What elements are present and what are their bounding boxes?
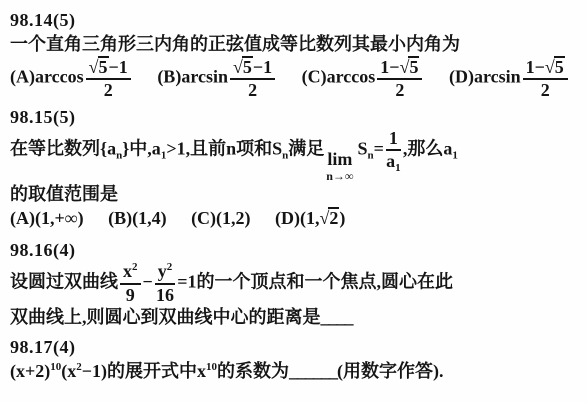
q14-options-row: (A)arccos√5−12 (B)arcsin√5−12 (C)arccos1… bbox=[10, 56, 583, 101]
radicand: 2 bbox=[328, 207, 339, 228]
q15-stem-row: 在等比数列{an}中,a1>1,且前n项和Sn满足limn→∞Sn=1a1,那么… bbox=[10, 129, 583, 183]
text-segment: S bbox=[357, 138, 367, 158]
text-segment: 的系数为 bbox=[217, 361, 289, 381]
q14-option-b: (B)arcsin√5−12 bbox=[157, 56, 277, 101]
fraction-numerator: 1−√5 bbox=[523, 56, 568, 80]
fraction-denominator: 2 bbox=[248, 80, 257, 100]
limit-condition: n→∞ bbox=[326, 170, 353, 182]
q17-stem-row: (x+2)10(x2−1)的展开式中x10的系数为______(用数字作答). bbox=[10, 359, 583, 383]
q17-number-row: 98.17(4) bbox=[10, 335, 583, 359]
radical-icon: √ bbox=[233, 57, 242, 77]
sqrt: √5 bbox=[400, 57, 420, 77]
fraction-numerator: 1 bbox=[386, 129, 401, 151]
question-number: 98.16(4) bbox=[10, 240, 76, 260]
radicand: 5 bbox=[554, 56, 565, 77]
q15-option-b: (B)(1,4) bbox=[108, 206, 166, 230]
q15-options-row: (A)(1,+∞) (B)(1,4) (C)(1,2) (D)(1,√2) bbox=[10, 206, 583, 230]
denominator-base: a bbox=[386, 151, 395, 171]
question-number: 98.14(5) bbox=[10, 10, 76, 30]
option-label: (B) bbox=[157, 67, 181, 87]
q14-option-a: (A)arccos√5−12 bbox=[10, 56, 133, 101]
fraction: √5−12 bbox=[230, 56, 275, 101]
option-label: (C) bbox=[302, 67, 327, 87]
limit-operator: limn→∞ bbox=[326, 150, 353, 182]
radical-icon: √ bbox=[545, 57, 554, 77]
question-number: 98.17(4) bbox=[10, 337, 76, 357]
numerator-base: x bbox=[123, 261, 132, 281]
option-label: (D) bbox=[449, 67, 474, 87]
question-stem: 一个直角三角形三内角的正弦值成等比数列其最小内角为 bbox=[10, 34, 460, 54]
text-segment: 满足 bbox=[288, 138, 324, 158]
q15-option-a: (A)(1,+∞) bbox=[10, 206, 84, 230]
numerator-text: −1 bbox=[253, 57, 272, 77]
text-segment: ,那么a bbox=[403, 138, 453, 158]
option-text: (C)(1,2) bbox=[191, 208, 250, 228]
fraction: 1−√52 bbox=[523, 56, 568, 101]
text-segment: }中,a bbox=[122, 138, 161, 158]
fraction-numerator: √5−1 bbox=[230, 56, 275, 80]
radicand: 5 bbox=[98, 56, 109, 77]
radical-icon: √ bbox=[89, 57, 98, 77]
radicand: 5 bbox=[408, 56, 419, 77]
text-segment: (x bbox=[61, 361, 76, 381]
option-text: (D)(1, bbox=[275, 208, 319, 228]
text-segment: (用数字作答). bbox=[337, 361, 444, 381]
answer-blank: ______ bbox=[289, 361, 337, 381]
answer-blank: ____ bbox=[321, 307, 353, 327]
numerator-text: 1− bbox=[380, 57, 399, 77]
q16-number-row: 98.16(4) bbox=[10, 238, 583, 262]
superscript: 2 bbox=[167, 261, 173, 273]
radicand: 5 bbox=[242, 56, 253, 77]
superscript: 10 bbox=[206, 361, 217, 373]
fraction-numerator: √5−1 bbox=[86, 56, 131, 80]
sqrt: √2 bbox=[320, 208, 340, 228]
numerator-text: −1 bbox=[109, 57, 128, 77]
question-number: 98.15(5) bbox=[10, 107, 76, 127]
q16-stem-row: 设圆过双曲线x29−y216=1的一个顶点和一个焦点,圆心在此 bbox=[10, 262, 583, 305]
fraction-denominator: a1 bbox=[386, 151, 401, 171]
sqrt: √5 bbox=[89, 57, 109, 77]
sqrt: √5 bbox=[233, 57, 253, 77]
fraction: √5−12 bbox=[86, 56, 131, 101]
radical-icon: √ bbox=[320, 208, 329, 228]
radical-icon: √ bbox=[400, 57, 409, 77]
q14-number-row: 98.14(5) bbox=[10, 8, 583, 32]
text-segment: >1,且前n项和S bbox=[166, 138, 282, 158]
option-function: arcsin bbox=[474, 67, 521, 87]
option-text: (A)(1,+∞) bbox=[10, 208, 84, 228]
text-segment: 在等比数列{a bbox=[10, 138, 116, 158]
q14-stem-row: 一个直角三角形三内角的正弦值成等比数列其最小内角为 bbox=[10, 32, 583, 56]
sqrt: √5 bbox=[545, 57, 565, 77]
q15-option-d: (D)(1,√2) bbox=[275, 206, 345, 230]
superscript: 2 bbox=[132, 261, 138, 273]
exam-document-page: 98.14(5) 一个直角三角形三内角的正弦值成等比数列其最小内角为 (A)ar… bbox=[0, 0, 587, 403]
minus-operator: − bbox=[143, 272, 153, 292]
option-label: (A) bbox=[10, 67, 35, 87]
q15-number-row: 98.15(5) bbox=[10, 105, 583, 129]
text-segment: 双曲线上,则圆心到双曲线中心的距离是 bbox=[10, 307, 321, 327]
fraction-denominator: 2 bbox=[104, 80, 113, 100]
fraction-denominator: 16 bbox=[156, 285, 174, 305]
fraction-denominator: 2 bbox=[395, 80, 404, 100]
text-segment: 设圆过双曲线 bbox=[10, 272, 118, 292]
subscript: 1 bbox=[395, 162, 401, 174]
question-stem: 的取值范围是 bbox=[10, 184, 118, 204]
numerator-base: y bbox=[158, 261, 167, 281]
fraction-numerator: x2 bbox=[120, 262, 141, 284]
fraction: x29 bbox=[120, 262, 141, 305]
option-function: arccos bbox=[327, 67, 376, 87]
option-function: arccos bbox=[35, 67, 84, 87]
q14-option-c: (C)arccos1−√52 bbox=[302, 56, 425, 101]
text-segment: = bbox=[374, 138, 384, 158]
fraction: y216 bbox=[155, 262, 176, 305]
fraction: 1−√52 bbox=[377, 56, 422, 101]
numerator-text: 1− bbox=[526, 57, 545, 77]
fraction-denominator: 2 bbox=[541, 80, 550, 100]
text-segment: =1的一个顶点和一个焦点,圆心在此 bbox=[177, 272, 453, 292]
superscript: 10 bbox=[50, 361, 61, 373]
text-segment: (x+2) bbox=[10, 361, 50, 381]
fraction-numerator: y2 bbox=[155, 262, 176, 284]
limit-word: lim bbox=[327, 150, 352, 168]
q15-stem2-row: 的取值范围是 bbox=[10, 182, 583, 206]
option-function: arcsin bbox=[181, 67, 228, 87]
q16-line2-row: 双曲线上,则圆心到双曲线中心的距离是____ bbox=[10, 305, 583, 329]
subscript: 1 bbox=[452, 149, 458, 161]
fraction-denominator: 9 bbox=[126, 285, 135, 305]
fraction-numerator: 1−√5 bbox=[377, 56, 422, 80]
text-segment: −1)的展开式中x bbox=[82, 361, 206, 381]
q14-option-d: (D)arcsin1−√52 bbox=[449, 56, 570, 101]
option-text: ) bbox=[339, 208, 345, 228]
q15-option-c: (C)(1,2) bbox=[191, 206, 250, 230]
option-text: (B)(1,4) bbox=[108, 208, 166, 228]
fraction: 1a1 bbox=[386, 129, 401, 172]
